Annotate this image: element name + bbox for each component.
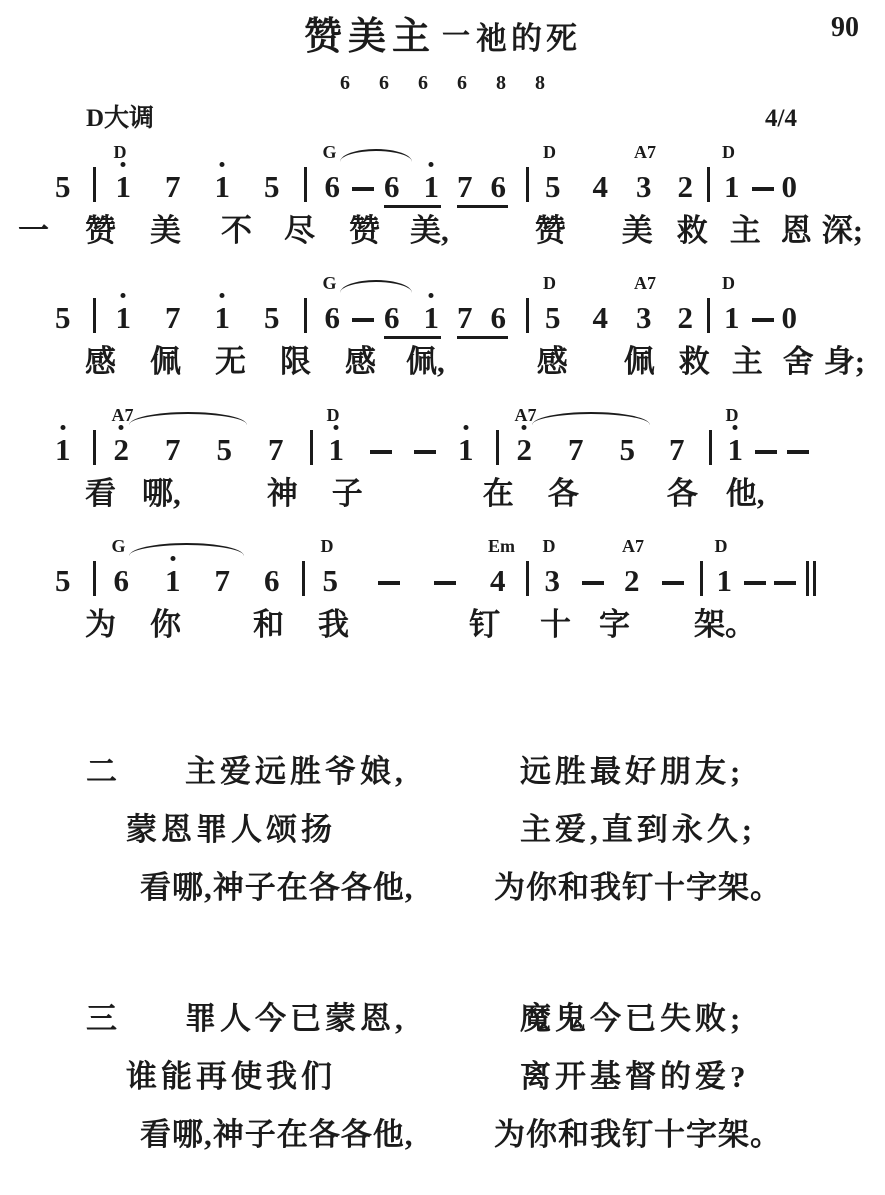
lyric-syllable: 美 bbox=[150, 212, 181, 249]
octave-dot bbox=[733, 425, 738, 430]
duration-dash bbox=[744, 581, 766, 585]
music-line-4: 5G6176D5Em4D3A72D1 bbox=[55, 532, 885, 596]
slur-arc bbox=[532, 412, 650, 425]
note: 5 bbox=[264, 302, 280, 333]
note: 7 bbox=[568, 434, 584, 465]
lyric-syllable: 救 bbox=[679, 343, 710, 380]
chord-label: G bbox=[112, 537, 126, 555]
note-digit: 6 bbox=[384, 302, 400, 333]
note: D1 bbox=[116, 171, 132, 202]
music-line-3: 1A72757D11A72757D1 bbox=[55, 401, 885, 465]
lyric-syllable: 赞 bbox=[535, 212, 566, 249]
lyric-syllable: 他, bbox=[726, 475, 765, 512]
barline bbox=[526, 298, 529, 333]
note-digit: 4 bbox=[593, 302, 609, 333]
verse-2-row-1: 二 主爱远胜爷娘, 远胜最好朋友; bbox=[0, 746, 885, 804]
chord-label: D bbox=[543, 537, 556, 555]
note: D1 bbox=[724, 302, 740, 333]
note: D1 bbox=[724, 171, 740, 202]
note-digit: 1 bbox=[165, 565, 181, 596]
beam-group: 76 bbox=[457, 171, 508, 208]
barline bbox=[707, 298, 710, 333]
note-digit: 2 bbox=[624, 565, 640, 596]
lyric-syllable: 主 bbox=[732, 343, 763, 380]
note: 6 bbox=[264, 565, 280, 596]
note: 5 bbox=[264, 171, 280, 202]
note: Em4 bbox=[490, 565, 506, 596]
title-subtitle: 祂的死 bbox=[476, 21, 581, 56]
note-digit: 3 bbox=[636, 171, 652, 202]
barline bbox=[93, 561, 96, 596]
verse-2-line-1-left: 主爱远胜爷娘, bbox=[185, 746, 407, 791]
note-digit: 6 bbox=[264, 565, 280, 596]
note-digit: 2 bbox=[678, 171, 694, 202]
lyric-line-2: 感佩无限感佩,感佩救主舍身; bbox=[85, 343, 885, 380]
barline bbox=[310, 430, 313, 465]
note-digit: 3 bbox=[636, 302, 652, 333]
lyric-line-4: 为你和我钉十字架。 bbox=[85, 606, 885, 643]
duration-dash bbox=[378, 581, 400, 585]
note-digit: 2 bbox=[678, 302, 694, 333]
lyric-syllable: 赞 bbox=[85, 212, 116, 249]
note-digit: 1 bbox=[329, 434, 345, 465]
note: A72 bbox=[624, 565, 640, 596]
note-digit: 0 bbox=[782, 171, 798, 202]
octave-dot bbox=[429, 162, 434, 167]
verse-3-line-1-right: 魔鬼今已失败; bbox=[520, 993, 744, 1038]
note-digit: 0 bbox=[782, 302, 798, 333]
note: 0 bbox=[782, 171, 798, 202]
verse-2-line-1-right: 远胜最好朋友; bbox=[520, 746, 744, 791]
lyric-syllable: 各 bbox=[548, 475, 579, 512]
lyric-syllable: 主 bbox=[730, 212, 761, 249]
note: 5 bbox=[620, 434, 636, 465]
lyric-syllable: 一 bbox=[18, 212, 49, 249]
note: A73 bbox=[636, 302, 652, 333]
note-digit: 5 bbox=[323, 565, 339, 596]
note-digit: 5 bbox=[545, 171, 561, 202]
lyric-syllable: 感 bbox=[537, 343, 568, 380]
note-digit: 1 bbox=[116, 171, 132, 202]
verse-2-number: 二 bbox=[86, 746, 117, 791]
lyric-syllable: 救 bbox=[677, 212, 708, 249]
barline bbox=[93, 298, 96, 333]
title-main: 赞美主 bbox=[304, 16, 436, 58]
note: 6 bbox=[384, 302, 400, 333]
note-digit: 4 bbox=[593, 171, 609, 202]
octave-dot bbox=[60, 425, 65, 430]
lyric-syllable: 感 bbox=[85, 343, 116, 380]
note: 2 bbox=[678, 302, 694, 333]
chord-label: D bbox=[114, 143, 127, 161]
note-digit: 2 bbox=[517, 434, 533, 465]
note-digit: 6 bbox=[491, 302, 507, 333]
note-digit: 5 bbox=[55, 171, 71, 202]
lyric-syllable: 无 bbox=[215, 343, 246, 380]
note-digit: 1 bbox=[424, 302, 440, 333]
duration-dash bbox=[755, 450, 777, 454]
lyric-syllable: 为 bbox=[85, 606, 116, 643]
duration-dash bbox=[370, 450, 392, 454]
lyric-syllable: 字 bbox=[599, 606, 630, 643]
lyric-syllable: 深; bbox=[822, 212, 863, 249]
barline bbox=[707, 167, 710, 202]
lyric-syllable: 佩 bbox=[624, 343, 655, 380]
verse-3-line-3-right: 为你和我钉十字架。 bbox=[494, 1109, 782, 1154]
note-digit: 1 bbox=[717, 565, 733, 596]
lyric-syllable: 限 bbox=[280, 343, 311, 380]
verse-3-line-2-right: 离开基督的爱? bbox=[520, 1051, 750, 1096]
note-digit: 7 bbox=[215, 565, 231, 596]
note-digit: 1 bbox=[424, 171, 440, 202]
chord-label: D bbox=[327, 406, 340, 424]
duration-dash bbox=[414, 450, 436, 454]
duration-dash bbox=[752, 318, 774, 322]
note-digit: 5 bbox=[264, 302, 280, 333]
duration-dash bbox=[352, 318, 374, 322]
page-number: 90 bbox=[831, 12, 859, 44]
note: 7 bbox=[457, 171, 473, 202]
hymn-title: 赞美主一祂的死 bbox=[0, 0, 885, 60]
note: 5 bbox=[55, 565, 71, 596]
octave-dot bbox=[429, 293, 434, 298]
note-digit: 7 bbox=[165, 434, 181, 465]
barline bbox=[304, 298, 307, 333]
note-digit: 1 bbox=[724, 171, 740, 202]
chord-label: D bbox=[543, 143, 556, 161]
octave-dot bbox=[121, 162, 126, 167]
verse-2-line-2-left: 蒙恩罪人颂扬 bbox=[126, 804, 336, 849]
note: D5 bbox=[545, 171, 561, 202]
final-barline bbox=[806, 561, 816, 596]
beam-group: 61 bbox=[384, 171, 441, 208]
lyric-syllable: 哪, bbox=[142, 475, 181, 512]
note: 4 bbox=[593, 171, 609, 202]
note: D1 bbox=[329, 434, 345, 465]
verse-3: 三 罪人今已蒙恩, 魔鬼今已失败; 谁能再使我们 离开基督的爱? 看哪,神子在各… bbox=[0, 993, 885, 1167]
note-digit: 1 bbox=[55, 434, 71, 465]
note: 1 bbox=[165, 565, 181, 596]
duration-dash bbox=[434, 581, 456, 585]
verse-3-number: 三 bbox=[86, 993, 117, 1038]
lyric-syllable: 十 bbox=[540, 606, 571, 643]
chord-label: A7 bbox=[622, 537, 644, 555]
verse-3-line-3-left: 看哪,神子在各各他, bbox=[140, 1109, 414, 1154]
octave-dot bbox=[334, 425, 339, 430]
chord-label: D bbox=[722, 274, 735, 292]
music-line-1: 5D1715G66176D54A732D10 bbox=[55, 138, 885, 202]
lyric-syllable: 子 bbox=[332, 475, 363, 512]
note-digit: 6 bbox=[491, 171, 507, 202]
note: 1 bbox=[458, 434, 474, 465]
verse-2-line-2-right: 主爱,直到永久; bbox=[520, 804, 756, 849]
verse-2-line-3-right: 为你和我钉十字架。 bbox=[494, 862, 782, 907]
verse-2: 二 主爱远胜爷娘, 远胜最好朋友; 蒙恩罪人颂扬 主爱,直到永久; 看哪,神子在… bbox=[0, 746, 885, 920]
verse-2-row-3: 看哪,神子在各各他, 为你和我钉十字架。 bbox=[0, 862, 885, 920]
note: D1 bbox=[728, 434, 744, 465]
octave-dot bbox=[463, 425, 468, 430]
note-digit: 1 bbox=[458, 434, 474, 465]
note: D1 bbox=[717, 565, 733, 596]
lyric-syllable: 美 bbox=[622, 212, 653, 249]
note: G6 bbox=[325, 302, 341, 333]
duration-dash bbox=[787, 450, 809, 454]
duration-dash bbox=[774, 581, 796, 585]
barline bbox=[526, 167, 529, 202]
note: 6 bbox=[384, 171, 400, 202]
title-separator: 一 bbox=[442, 21, 470, 52]
chord-label: G bbox=[323, 143, 337, 161]
note: 5 bbox=[55, 171, 71, 202]
duration-dash bbox=[582, 581, 604, 585]
note-digit: 5 bbox=[55, 565, 71, 596]
barline bbox=[700, 561, 703, 596]
barline bbox=[304, 167, 307, 202]
verse-3-line-2-left: 谁能再使我们 bbox=[126, 1051, 336, 1096]
lyric-syllable: 恩 bbox=[781, 212, 812, 249]
lyric-line-3: 看哪,神子在各各他, bbox=[85, 475, 885, 512]
lyric-syllable: 你 bbox=[150, 606, 181, 643]
note: G6 bbox=[114, 565, 130, 596]
lyric-syllable: 身; bbox=[824, 343, 865, 380]
note: 7 bbox=[165, 434, 181, 465]
lyric-syllable: 不 bbox=[221, 212, 252, 249]
note-digit: 5 bbox=[620, 434, 636, 465]
note: 1 bbox=[215, 171, 231, 202]
note-digit: 3 bbox=[545, 565, 561, 596]
note: 4 bbox=[593, 302, 609, 333]
note: D3 bbox=[545, 565, 561, 596]
note: 7 bbox=[215, 565, 231, 596]
lyric-syllable: 各 bbox=[667, 475, 698, 512]
note-digit: 4 bbox=[490, 565, 506, 596]
hymn-meter: 6 6 6 6 8 8 bbox=[0, 72, 885, 95]
chord-label: D bbox=[321, 537, 334, 555]
note: 7 bbox=[268, 434, 284, 465]
note-digit: 1 bbox=[215, 302, 231, 333]
lyric-line-1: 一赞美不尽赞美,赞美救主恩深; bbox=[18, 212, 885, 249]
note: 7 bbox=[165, 171, 181, 202]
note: 1 bbox=[55, 434, 71, 465]
slur-arc bbox=[340, 149, 412, 162]
note-digit: 1 bbox=[116, 302, 132, 333]
chord-label: D bbox=[715, 537, 728, 555]
lyric-syllable: 美, bbox=[410, 212, 449, 249]
octave-dot bbox=[121, 293, 126, 298]
slur-arc bbox=[129, 543, 244, 556]
lyric-syllable: 架。 bbox=[694, 606, 756, 643]
note: 1 bbox=[116, 302, 132, 333]
note-digit: 6 bbox=[325, 171, 341, 202]
note-digit: 6 bbox=[384, 171, 400, 202]
verse-3-row-1: 三 罪人今已蒙恩, 魔鬼今已失败; bbox=[0, 993, 885, 1051]
duration-dash bbox=[662, 581, 684, 585]
octave-dot bbox=[220, 162, 225, 167]
chord-label: A7 bbox=[634, 274, 656, 292]
lyric-syllable: 佩 bbox=[150, 343, 181, 380]
octave-dot bbox=[170, 556, 175, 561]
duration-dash bbox=[352, 187, 374, 191]
key-time-row: D大调 4/4 bbox=[86, 105, 797, 133]
lyric-syllable: 神 bbox=[267, 475, 298, 512]
note: 7 bbox=[669, 434, 685, 465]
barline bbox=[496, 430, 499, 465]
chord-label: Em bbox=[488, 537, 515, 555]
chord-label: G bbox=[323, 274, 337, 292]
note: 1 bbox=[424, 302, 440, 333]
chord-label: A7 bbox=[634, 143, 656, 161]
note: A72 bbox=[114, 434, 130, 465]
verse-2-row-2: 蒙恩罪人颂扬 主爱,直到永久; bbox=[0, 804, 885, 862]
note: 1 bbox=[215, 302, 231, 333]
note-digit: 5 bbox=[264, 171, 280, 202]
note-digit: 5 bbox=[545, 302, 561, 333]
note: 6 bbox=[491, 171, 507, 202]
chord-label: D bbox=[722, 143, 735, 161]
note: G6 bbox=[325, 171, 341, 202]
lyric-syllable: 看 bbox=[85, 475, 116, 512]
duration-dash bbox=[752, 187, 774, 191]
barline bbox=[93, 430, 96, 465]
lyric-syllable: 尽 bbox=[284, 212, 315, 249]
note: A73 bbox=[636, 171, 652, 202]
chord-label: D bbox=[543, 274, 556, 292]
beam-group: 76 bbox=[457, 302, 508, 339]
note-digit: 2 bbox=[114, 434, 130, 465]
note-digit: 5 bbox=[217, 434, 233, 465]
note-digit: 7 bbox=[165, 302, 181, 333]
key-signature: D大调 bbox=[86, 105, 154, 133]
octave-dot bbox=[522, 425, 527, 430]
lyric-syllable: 和 bbox=[253, 606, 284, 643]
note-digit: 7 bbox=[669, 434, 685, 465]
note: D5 bbox=[545, 302, 561, 333]
lyric-syllable: 舍 bbox=[783, 343, 814, 380]
lyric-syllable: 感 bbox=[345, 343, 376, 380]
time-signature: 4/4 bbox=[765, 105, 797, 133]
beam-group: 61 bbox=[384, 302, 441, 339]
barline bbox=[93, 167, 96, 202]
note-digit: 5 bbox=[55, 302, 71, 333]
barline bbox=[709, 430, 712, 465]
note: 0 bbox=[782, 302, 798, 333]
lyric-syllable: 在 bbox=[483, 475, 514, 512]
note: D5 bbox=[323, 565, 339, 596]
barline bbox=[526, 561, 529, 596]
note-digit: 7 bbox=[165, 171, 181, 202]
lyric-syllable: 我 bbox=[318, 606, 349, 643]
music-line-2: 51715G66176D54A732D10 bbox=[55, 269, 885, 333]
note: 1 bbox=[424, 171, 440, 202]
barline bbox=[302, 561, 305, 596]
note: 2 bbox=[678, 171, 694, 202]
octave-dot bbox=[119, 425, 124, 430]
lyric-syllable: 赞 bbox=[349, 212, 380, 249]
note-digit: 6 bbox=[325, 302, 341, 333]
note: 5 bbox=[217, 434, 233, 465]
note-digit: 1 bbox=[215, 171, 231, 202]
verse-2-line-3-left: 看哪,神子在各各他, bbox=[140, 862, 414, 907]
note: A72 bbox=[517, 434, 533, 465]
lyric-syllable: 佩, bbox=[406, 343, 445, 380]
slur-arc bbox=[129, 412, 247, 425]
verse-3-row-3: 看哪,神子在各各他, 为你和我钉十字架。 bbox=[0, 1109, 885, 1167]
note-digit: 7 bbox=[268, 434, 284, 465]
hymn-page: 90 赞美主一祂的死 6 6 6 6 8 8 D大调 4/4 5D1715G66… bbox=[0, 0, 885, 1195]
note-digit: 7 bbox=[568, 434, 584, 465]
note: 6 bbox=[491, 302, 507, 333]
note-digit: 1 bbox=[728, 434, 744, 465]
lyric-syllable: 钉 bbox=[469, 606, 500, 643]
chord-label: D bbox=[726, 406, 739, 424]
note: 5 bbox=[55, 302, 71, 333]
slur-arc bbox=[340, 280, 412, 293]
note-digit: 7 bbox=[457, 171, 473, 202]
note: 7 bbox=[165, 302, 181, 333]
verse-3-line-1-left: 罪人今已蒙恩, bbox=[185, 993, 407, 1038]
note-digit: 1 bbox=[724, 302, 740, 333]
octave-dot bbox=[220, 293, 225, 298]
note-digit: 7 bbox=[457, 302, 473, 333]
note: 7 bbox=[457, 302, 473, 333]
note-digit: 6 bbox=[114, 565, 130, 596]
verse-3-row-2: 谁能再使我们 离开基督的爱? bbox=[0, 1051, 885, 1109]
